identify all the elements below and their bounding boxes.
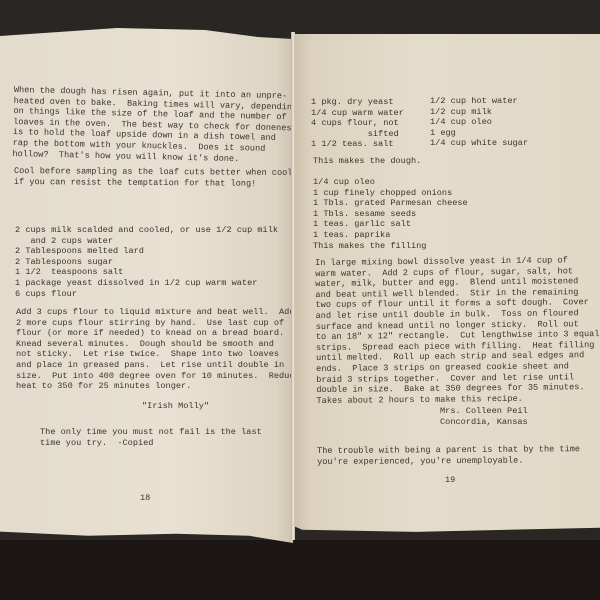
directions: In large mixing bowl dissolve yeast in 1… [315, 255, 600, 406]
ingredient-list: 2 cups milk scalded and cooled, or use 1… [15, 225, 278, 299]
dough-ingredients-col1: 1 pkg. dry yeast 1/4 cup warm water 4 cu… [311, 97, 404, 150]
contributor-name: Mrs. Colleen Peil [440, 406, 528, 417]
intro-paragraph: When the dough has risen again, put it i… [12, 85, 297, 166]
table-surface [0, 540, 600, 600]
book-spine [291, 32, 295, 540]
quote: The trouble with being a parent is that … [317, 444, 580, 467]
right-page: 1 pkg. dry yeast 1/4 cup warm water 4 cu… [293, 34, 600, 542]
directions: Add 3 cups flour to liquid mixture and b… [16, 307, 300, 392]
contributor-location: Concordia, Kansas [440, 417, 528, 428]
recipe-attribution: "Irish Molly" [142, 401, 209, 412]
page-number: 18 [140, 493, 150, 504]
dough-note: This makes the dough. [313, 156, 421, 167]
filling-ingredients: 1/4 cup oleo 1 cup finely chopped onions… [313, 177, 468, 251]
left-page: When the dough has risen again, put it i… [0, 28, 293, 543]
cool-note: Cool before sampling as the loaf cuts be… [14, 166, 303, 189]
dough-ingredients-col2: 1/2 cup hot water 1/2 cup milk 1/4 cup o… [430, 96, 528, 149]
quote: The only time you must not fail is the l… [40, 427, 262, 448]
page-number: 19 [445, 475, 455, 486]
